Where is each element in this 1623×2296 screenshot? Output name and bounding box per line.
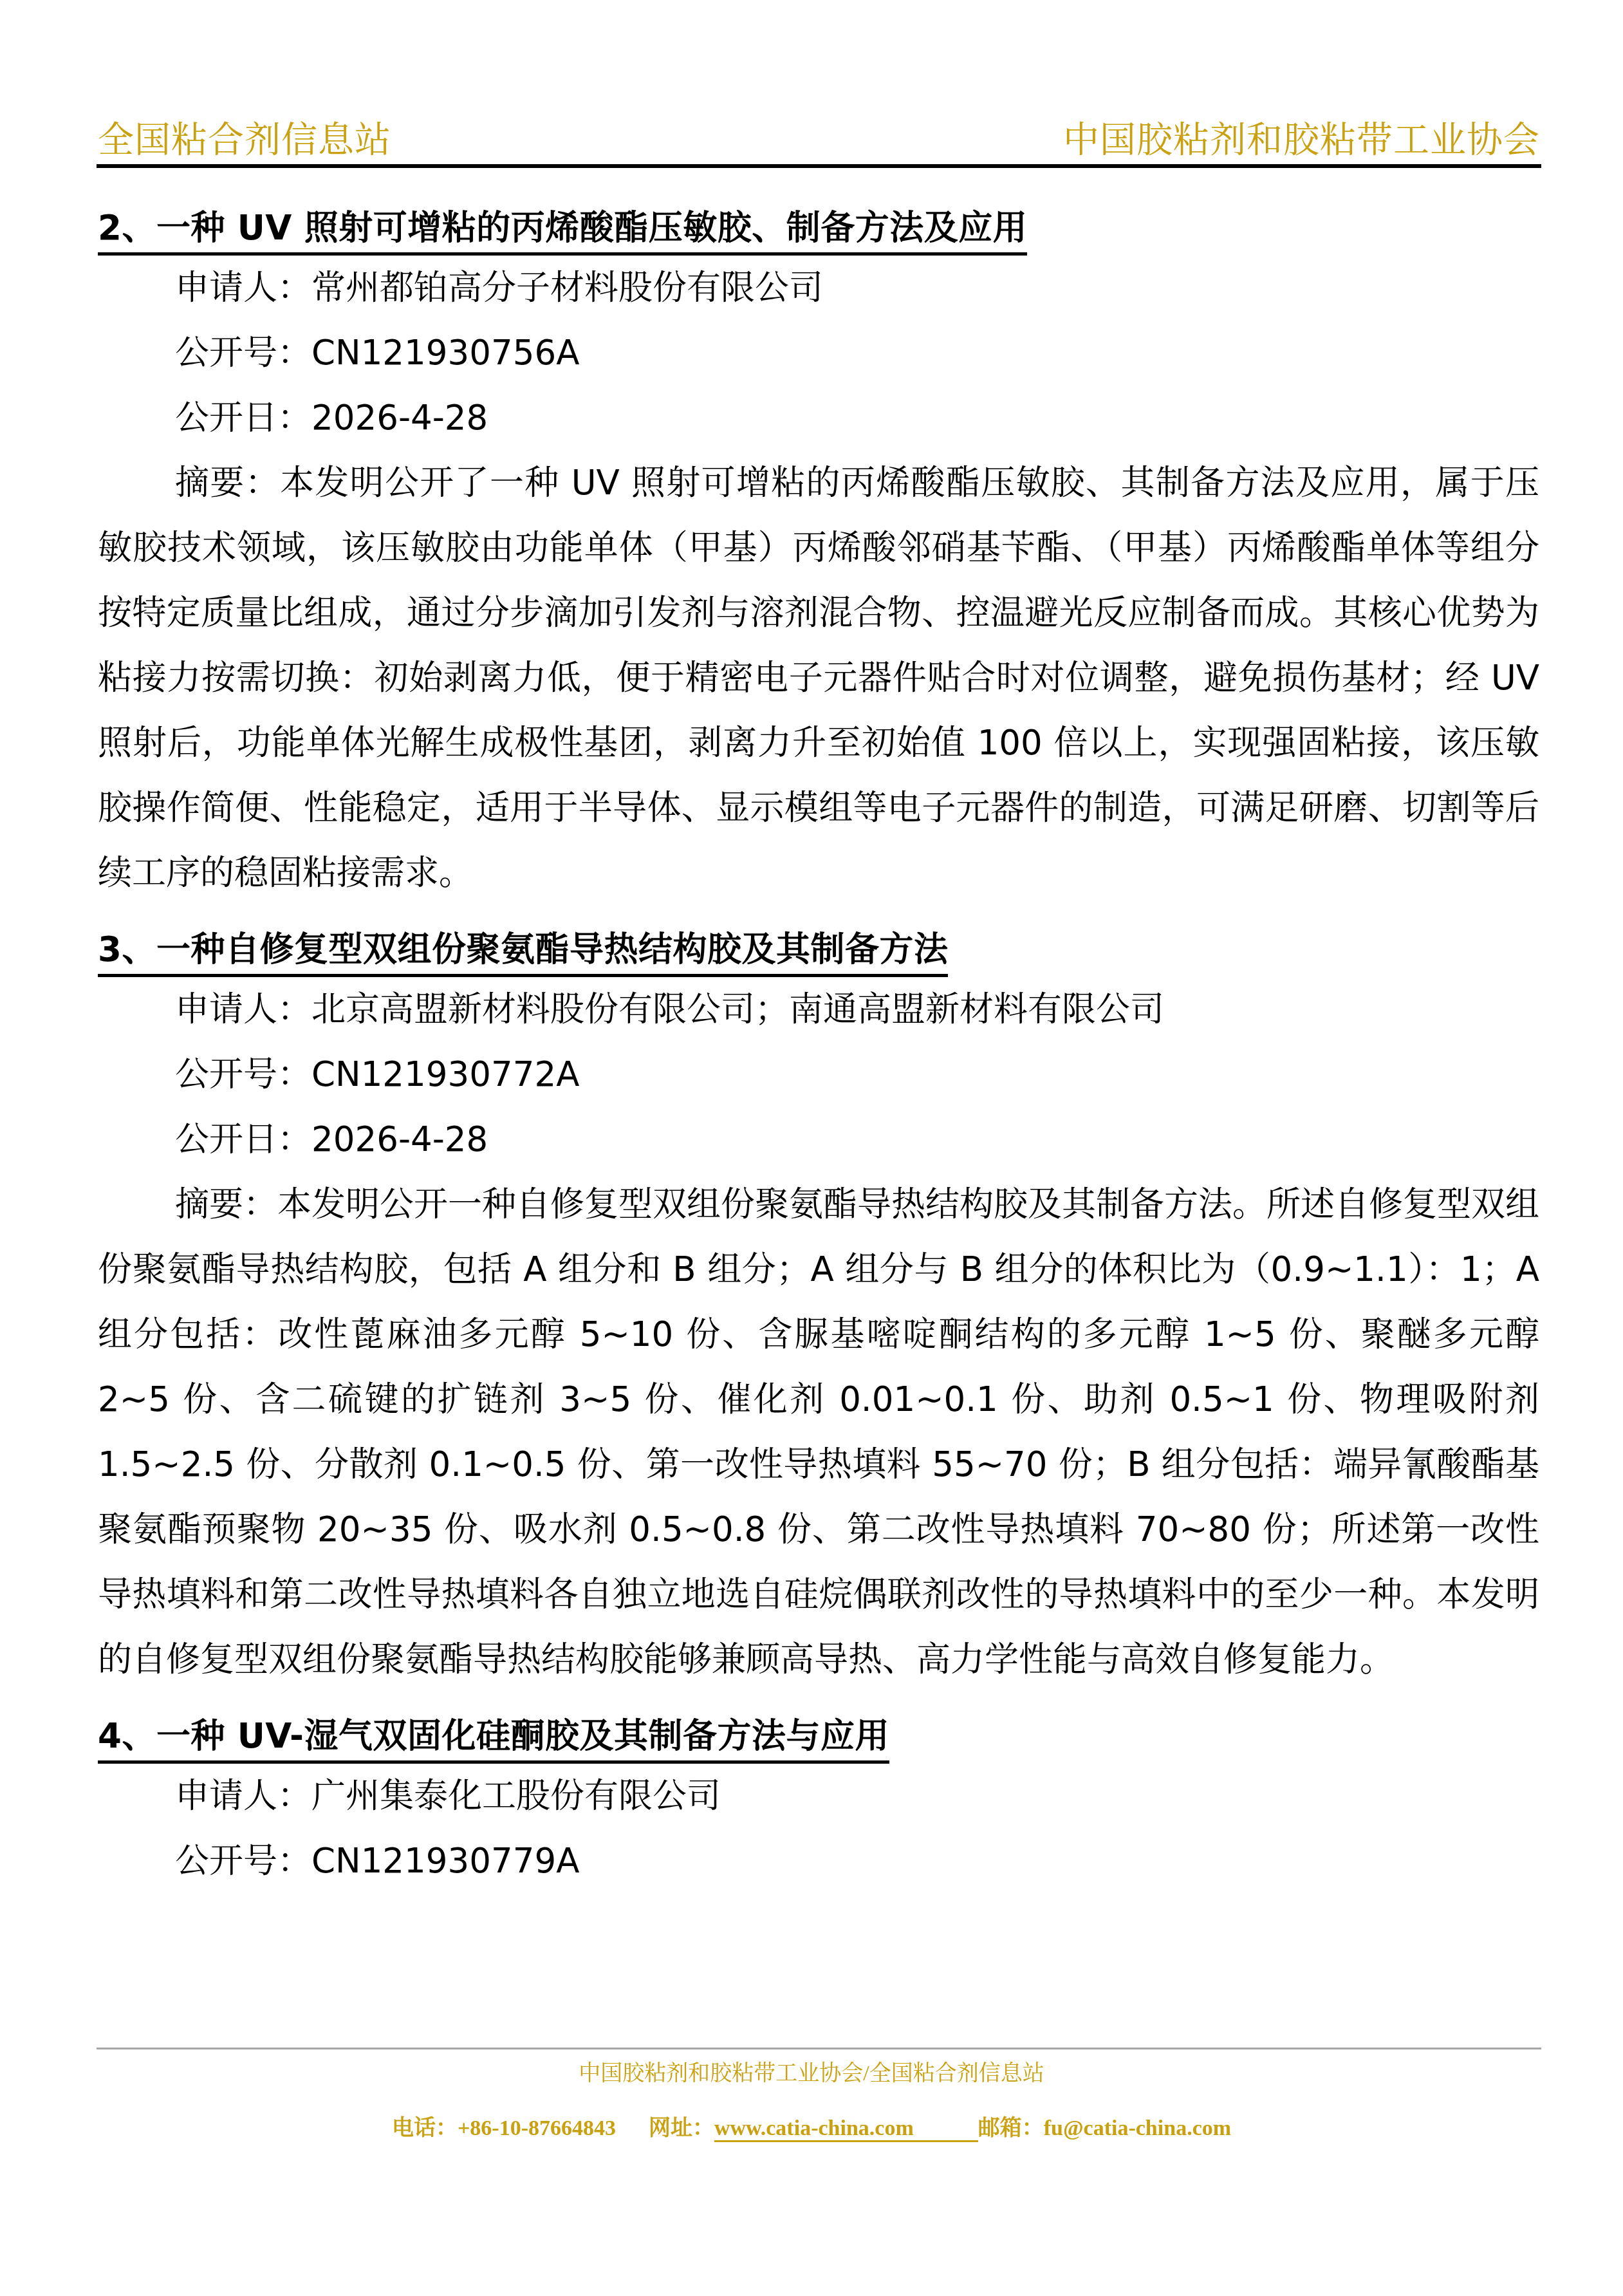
- footer-organization: 中国胶粘剂和胶粘带工业协会/全国粘合剂信息站: [0, 2060, 1623, 2088]
- patent-applicant: 申请人：常州都铂高分子材料股份有限公司: [98, 256, 1539, 321]
- footer-email: 邮箱：fu@catia-china.com: [978, 2116, 1231, 2140]
- patent-applicant: 申请人：北京高盟新材料股份有限公司；南通高盟新材料有限公司: [98, 977, 1539, 1042]
- patent-title: 2、一种 UV 照射可增粘的丙烯酸酯压敏胶、制备方法及应用: [98, 205, 1027, 256]
- patent-publication-date: 公开日：2026-4-28: [98, 386, 1539, 451]
- patent-title: 4、一种 UV-湿气双固化硅酮胶及其制备方法与应用: [98, 1713, 889, 1764]
- patent-entry-3: 3、一种自修复型双组份聚氨酯导热结构胶及其制备方法 申请人：北京高盟新材料股份有…: [98, 906, 1539, 1692]
- patent-abstract: 摘要：本发明公开一种自修复型双组份聚氨酯导热结构胶及其制备方法。所述自修复型双组…: [98, 1172, 1539, 1692]
- patent-entry-2: 2、一种 UV 照射可增粘的丙烯酸酯压敏胶、制备方法及应用 申请人：常州都铂高分…: [98, 187, 1539, 906]
- header-site-name: 全国粘合剂信息站: [98, 115, 391, 166]
- footer-contact: 电话：+86-10-87664843 网址：www.catia-china.co…: [0, 2114, 1623, 2143]
- footer-phone: 电话：+86-10-87664843 网址：: [392, 2116, 714, 2140]
- patent-applicant: 申请人：广州集泰化工股份有限公司: [98, 1764, 1539, 1829]
- patent-title: 3、一种自修复型双组份聚氨酯导热结构胶及其制备方法: [98, 926, 948, 977]
- header-divider: [97, 164, 1541, 168]
- patent-abstract: 摘要：本发明公开了一种 UV 照射可增粘的丙烯酸酯压敏胶、其制备方法及应用，属于…: [98, 451, 1539, 906]
- footer-divider: [97, 2048, 1541, 2049]
- patent-publication-number: 公开号：CN121930772A: [98, 1042, 1539, 1107]
- footer-website-link[interactable]: www.catia-china.com: [714, 2116, 978, 2142]
- patent-publication-number: 公开号：CN121930779A: [98, 1829, 1539, 1894]
- document-body: 2、一种 UV 照射可增粘的丙烯酸酯压敏胶、制备方法及应用 申请人：常州都铂高分…: [98, 187, 1539, 1894]
- header-association-name: 中国胶粘剂和胶粘带工业协会: [1063, 115, 1540, 166]
- patent-publication-number: 公开号：CN121930756A: [98, 321, 1539, 386]
- patent-entry-4: 4、一种 UV-湿气双固化硅酮胶及其制备方法与应用 申请人：广州集泰化工股份有限…: [98, 1692, 1539, 1894]
- page-header: 全国粘合剂信息站 中国胶粘剂和胶粘带工业协会: [97, 115, 1541, 166]
- patent-publication-date: 公开日：2026-4-28: [98, 1107, 1539, 1172]
